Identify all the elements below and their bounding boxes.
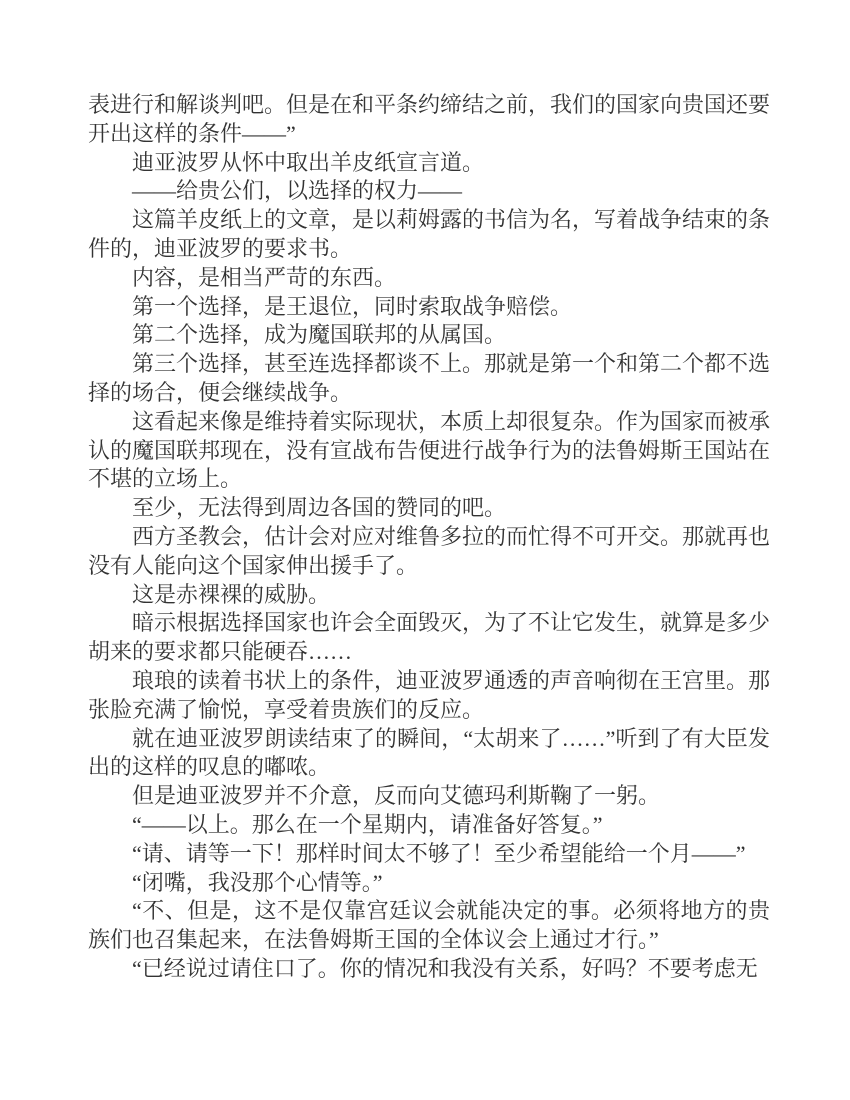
text-column: 表进行和解谈判吧。但是在和平条约缔结之前，我们的国家向贵国还要开出这样的条件——… [88, 91, 770, 984]
paragraph: 琅琅的读着书状上的条件，迪亚波罗通透的声音响彻在王宫里。那张脸充满了愉悦，享受着… [88, 667, 770, 725]
paragraph: 这看起来像是维持着实际现状，本质上却很复杂。作为国家而被承认的魔国联邦现在，没有… [88, 408, 770, 494]
paragraph: “已经说过请住口了。你的情况和我没有关系，好吗？不要考虑无 [88, 955, 770, 984]
paragraph: ——给贵公们，以选择的权力—— [88, 177, 770, 206]
paragraph: 第二个选择，成为魔国联邦的从属国。 [88, 321, 770, 350]
paragraph: 暗示根据选择国家也许会全面毁灭，为了不让它发生，就算是多少胡来的要求都只能硬吞…… [88, 609, 770, 667]
paragraph: “闭嘴，我没那个心情等。” [88, 869, 770, 898]
paragraph: “请、请等一下！那样时间太不够了！至少希望能给一个月——” [88, 840, 770, 869]
paragraph: “——以上。那么在一个星期内，请准备好答复。” [88, 811, 770, 840]
paragraph: 但是迪亚波罗并不介意，反而向艾德玛利斯鞠了一躬。 [88, 782, 770, 811]
paragraph: 表进行和解谈判吧。但是在和平条约缔结之前，我们的国家向贵国还要开出这样的条件——… [88, 91, 770, 149]
paragraph: 迪亚波罗从怀中取出羊皮纸宣言道。 [88, 149, 770, 178]
paragraph: 这篇羊皮纸上的文章，是以莉姆露的书信为名，写着战争结束的条件的，迪亚波罗的要求书… [88, 206, 770, 264]
paragraph: 这是赤裸裸的威胁。 [88, 581, 770, 610]
paragraph: 内容，是相当严苛的东西。 [88, 264, 770, 293]
paragraph: 就在迪亚波罗朗读结束了的瞬间，“太胡来了……”听到了有大臣发出的这样的叹息的嘟哝… [88, 725, 770, 783]
paragraph: 第三个选择，甚至连选择都谈不上。那就是第一个和第二个都不选择的场合，便会继续战争… [88, 350, 770, 408]
paragraph: 第一个选择，是王退位，同时索取战争赔偿。 [88, 293, 770, 322]
paragraph: 至少，无法得到周边各国的赞同的吧。 [88, 494, 770, 523]
novel-page: 表进行和解谈判吧。但是在和平条约缔结之前，我们的国家向贵国还要开出这样的条件——… [0, 0, 850, 1100]
paragraph: 西方圣教会，估计会对应对维鲁多拉的而忙得不可开交。那就再也没有人能向这个国家伸出… [88, 523, 770, 581]
paragraph: “不、但是，这不是仅靠宫廷议会就能决定的事。必须将地方的贵族们也召集起来，在法鲁… [88, 897, 770, 955]
